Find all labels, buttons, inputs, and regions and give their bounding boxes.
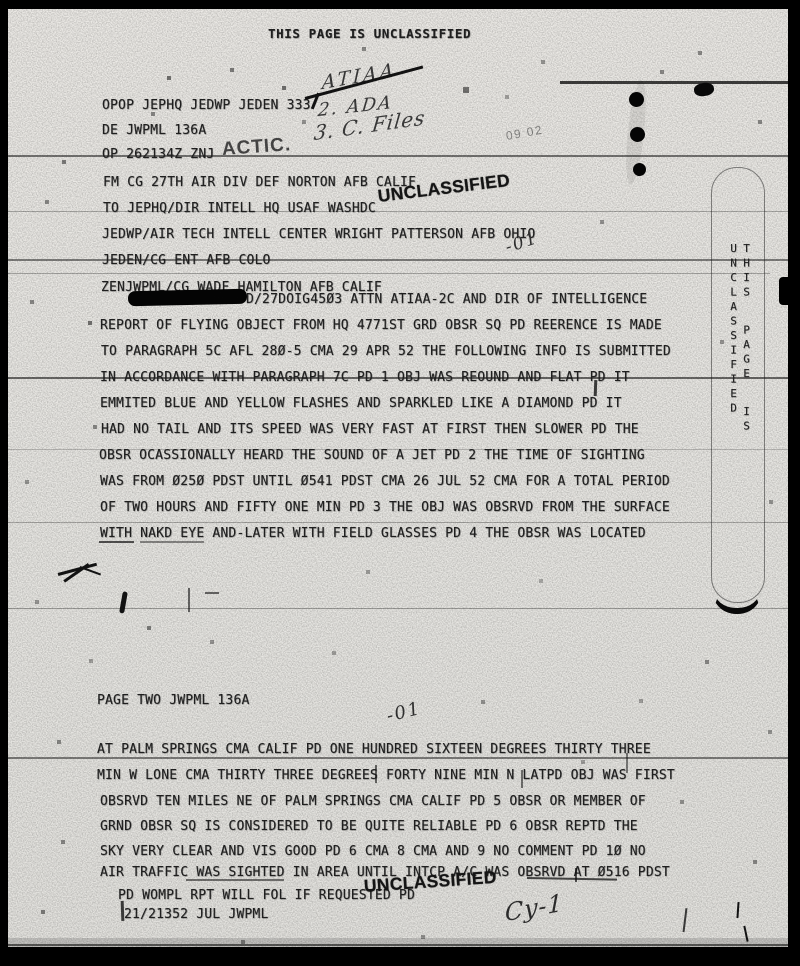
- body-line-redacted: D/27DOIG45Ø3 ATTN ATIAA-2C AND DIR OF IN…: [246, 293, 647, 307]
- pen-mark-underline: [140, 541, 204, 543]
- page-two-header: PAGE TWO JWPML 136A: [97, 694, 250, 708]
- redaction-bar: [128, 289, 247, 306]
- body-line: REPORT OF FLYING OBJECT FROM HQ 4771ST G…: [100, 319, 662, 333]
- body-line: OBSR OCASSIONALLY HEARD THE SOUND OF A J…: [99, 449, 645, 463]
- body-line: GRND OBSR SQ IS CONSIDERED TO BE QUITE R…: [100, 820, 638, 834]
- body-line: OBSRVD TEN MILES NE OF PALM SPRINGS CMA …: [100, 795, 646, 809]
- body-line: SKY VERY CLEAR AND VIS GOOD PD 6 CMA 8 C…: [100, 845, 646, 859]
- pen-mark: [594, 380, 598, 396]
- header-line: JEDEN/CG ENT AFB COLO: [102, 254, 271, 268]
- hole-punch-dot: [633, 163, 646, 176]
- body-line: HAD NO TAIL AND ITS SPEED WAS VERY FAST …: [101, 423, 639, 437]
- pen-mark: [626, 753, 628, 773]
- header-line: JEDWP/AIR TECH INTELL CENTER WRIGHT PATT…: [102, 228, 535, 242]
- classification-banner-side: THIS PAGE IS UNCLASSIFIED: [727, 242, 753, 582]
- scan-line-segment: [560, 81, 800, 84]
- scan-line: [0, 757, 800, 759]
- scan-line: [0, 522, 800, 523]
- scan-line: [0, 273, 770, 274]
- body-line: EMMITED BLUE AND YELLOW FLASHES AND SPAR…: [100, 397, 622, 411]
- body-line: IN ACCORDANCE WITH PARAGRAPH 7C PD 1 OBJ…: [100, 371, 630, 385]
- pen-mark: [736, 902, 739, 918]
- header-line: OP 262134Z ZNJ: [102, 148, 214, 162]
- hole-punch-dot: [629, 92, 644, 107]
- handwritten-actic-note: ACTIC.: [221, 134, 292, 161]
- scan-border-bump: [779, 277, 800, 305]
- hole-punch-dot: [630, 127, 645, 142]
- ink-blob: [693, 82, 715, 98]
- classification-banner-top: THIS PAGE IS UNCLASSIFIED: [268, 27, 471, 41]
- body-line: WAS FROM Ø25Ø PDST UNTIL Ø541 PDST CMA 2…: [100, 475, 670, 489]
- body-line: WITH NAKD EYE AND-LATER WITH FIELD GLASS…: [100, 527, 646, 541]
- header-line: OPOP JEPHQ JEDWP JEDEN 333: [102, 99, 311, 113]
- pen-mark: [188, 588, 190, 612]
- body-line: OF TWO HOURS AND FIFTY ONE MIN PD 3 THE …: [100, 501, 670, 515]
- pen-mark: [121, 901, 124, 921]
- header-line: DE JWPML 136A: [102, 124, 206, 138]
- pen-scribble: [80, 566, 101, 575]
- paper-specks: [0, 0, 2, 2]
- pen-mark: [375, 765, 377, 783]
- pen-mark: [205, 592, 219, 594]
- pen-mark: [575, 868, 577, 882]
- signoff-line: 21/21352 JUL JWPML: [124, 908, 268, 922]
- scan-border-right: [788, 0, 800, 966]
- header-line: TO JEPHQ/DIR INTELL HQ USAF WASHDC: [103, 202, 376, 216]
- pen-mark-underline: [527, 877, 617, 881]
- header-line: FM CG 27TH AIR DIV DEF NORTON AFB CALIF: [103, 176, 416, 190]
- body-line: TO PARAGRAPH 5C AFL 28Ø-5 CMA 29 APR 52 …: [101, 345, 671, 359]
- pen-mark: [521, 770, 523, 788]
- handwritten-faint-date: 09 02: [505, 123, 544, 143]
- body-line: MIN W LONE CMA THIRTY THREE DEGREES FORT…: [97, 769, 675, 783]
- pen-mark-underline: [186, 879, 284, 881]
- pen-mark: [683, 908, 688, 932]
- body-line: AT PALM SPRINGS CMA CALIF PD ONE HUNDRED…: [97, 743, 651, 757]
- scan-border-left: [0, 0, 8, 966]
- handwritten-mark-01: -01: [384, 698, 423, 727]
- scan-border-top: [0, 0, 800, 9]
- pen-mark-underline: [99, 541, 134, 543]
- pen-mark: [119, 591, 128, 614]
- scanned-telegram-page: THIS PAGE IS UNCLASSIFIED OPOP JEPHQ JED…: [0, 0, 800, 966]
- scan-border-bottom: [0, 947, 800, 966]
- handwritten-copy-number: Cy-1: [505, 888, 563, 927]
